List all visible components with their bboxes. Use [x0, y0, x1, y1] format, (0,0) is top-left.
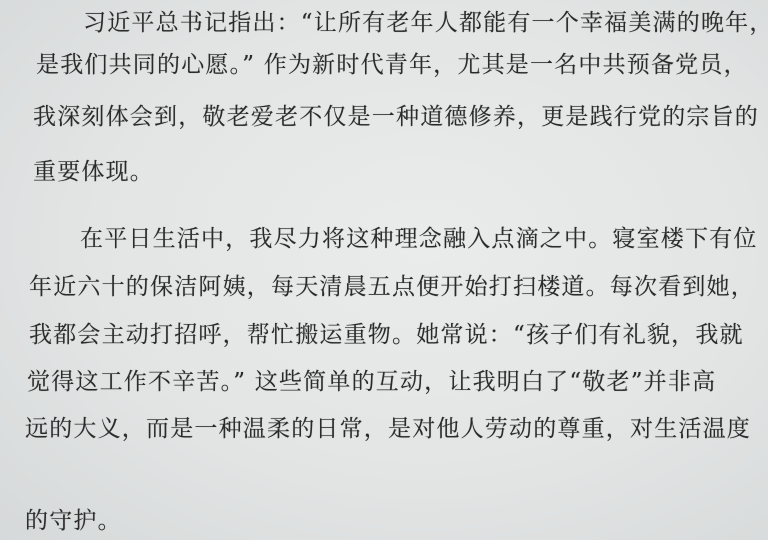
paragraph-1-line-1: 习近平总书记指出：“让所有老年人都能有一个幸福美满的晚年，	[83, 8, 768, 38]
paragraph-2-line-1: 在平日生活中，我尽力将这种理念融入点滴之中。寝室楼下有位	[80, 224, 758, 254]
paragraph-1-line-2: 是我们共同的心愿。” 作为新时代青年，尤其是一名中共预备党员，	[36, 50, 748, 80]
paragraph-2-line-6: 的守护。	[25, 506, 122, 536]
paragraph-2-line-3: 我都会主动打招呼，帮忙搬运重物。她常说：“孩子们有礼貌，我就	[29, 320, 744, 350]
paragraph-1-line-4: 重要体现。	[33, 157, 154, 187]
paragraph-2-line-2: 年近六十的保洁阿姨，每天清晨五点便开始打扫楼道。每次看到她，	[29, 272, 755, 302]
paragraph-2-line-5: 远的大义，而是一种温柔的日常，是对他人劳动的尊重，对生活温度	[25, 414, 751, 444]
paragraph-2-line-4: 觉得这工作不辛苦。” 这些简单的互动，让我明白了“敬老”并非高	[27, 367, 716, 397]
document-page: 习近平总书记指出：“让所有老年人都能有一个幸福美满的晚年， 是我们共同的心愿。”…	[0, 0, 768, 540]
paragraph-1-line-3: 我深刻体会到，敬老爱老不仅是一种道德修养，更是践行党的宗旨的	[33, 102, 759, 132]
